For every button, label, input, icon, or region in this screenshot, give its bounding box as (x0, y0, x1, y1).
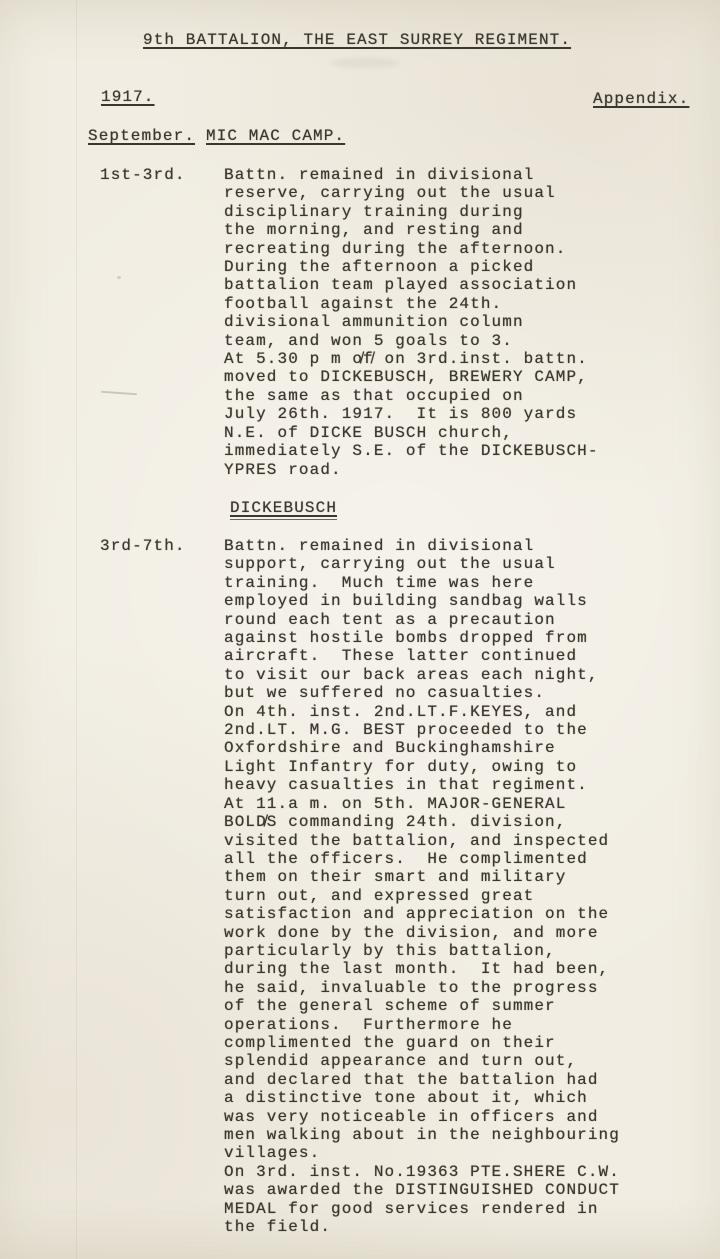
ink-smudge (330, 58, 400, 68)
entry-date: 3rd-7th. (100, 537, 186, 555)
entry-text: Battn. remained in divisional reserve, c… (224, 166, 664, 479)
section-heading-dickebusch: DICKEBUSCH (230, 499, 337, 520)
entry-date: 1st-3rd. (100, 166, 186, 184)
page-title: 9th BATTALION, THE EAST SURREY REGIMENT. (143, 31, 571, 49)
year-label: 1917. (101, 88, 155, 106)
appendix-label: Appendix. (593, 90, 689, 108)
diary-entry: 1st-3rd. Battn. remained in divisional r… (0, 166, 720, 479)
diary-entry: 3rd-7th. Battn. remained in divisional s… (0, 537, 720, 1236)
entry-text: Battn. remained in divisional support, c… (224, 537, 664, 1236)
scanned-diary-page: 9th BATTALION, THE EAST SURREY REGIMENT.… (0, 0, 720, 1259)
month-row: September. MIC MAC CAMP. (0, 127, 720, 147)
camp-heading: MIC MAC CAMP. (206, 127, 345, 145)
month-label: September. (88, 127, 195, 145)
year-row: 1917. Appendix. (0, 88, 720, 108)
